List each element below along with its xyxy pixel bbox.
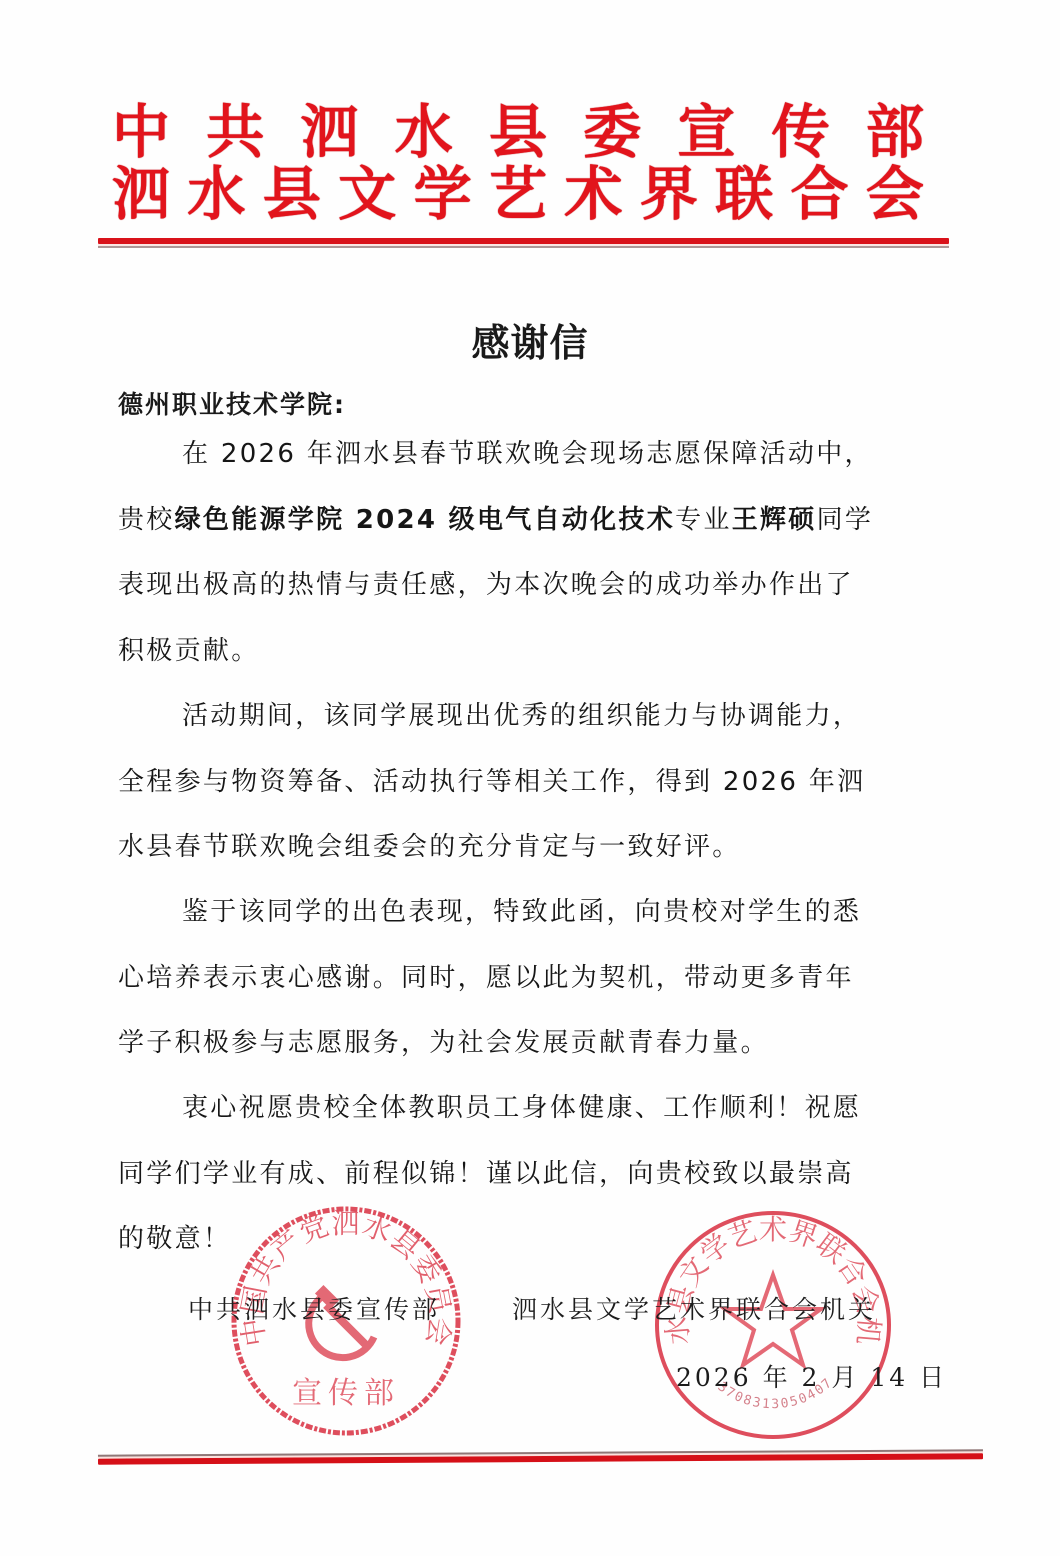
salutation: 德州职业技术学院:: [118, 385, 346, 421]
letterhead-line-1-char: 委: [583, 100, 641, 164]
letterhead-line-2: 泗水县文学艺术界联合会: [112, 162, 924, 226]
text-line: 鉴于该同学的出色表现，特致此函，向贵校对学生的悉: [118, 880, 918, 946]
text-line: 在 2026 年泗水县春节联欢晚会现场志愿保障活动中，: [118, 422, 918, 488]
letterhead-line-1-char: 泗: [300, 100, 358, 164]
text-run: 鉴于该同学的出色表现，特致此函，向贵校对学生的悉: [182, 897, 861, 927]
letterhead-line-2-char: 联: [715, 162, 773, 226]
letterhead-line-1-char: 县: [489, 100, 547, 164]
letterhead-line-2-char: 文: [338, 162, 396, 226]
letterhead-line-2-char: 会: [866, 162, 924, 226]
text-run: 衷心祝愿贵校全体教职员工身体健康、工作顺利！祝愿: [182, 1093, 861, 1123]
letterhead-line-2-char: 水: [187, 162, 245, 226]
text-run: 的敬意！: [118, 1224, 231, 1254]
text-line: 表现出极高的热情与责任感，为本次晚会的成功举办作出了: [118, 553, 918, 619]
signature-propaganda-dept: 中共泗水县委宣传部: [188, 1290, 440, 1326]
text-run: 同学: [817, 505, 874, 535]
text-run: 同学们学业有成、前程似锦！谨以此信，向贵校致以最崇高: [118, 1159, 854, 1189]
text-line: 同学们学业有成、前程似锦！谨以此信，向贵校致以最崇高: [118, 1142, 918, 1208]
letterhead-line-2-char: 泗: [112, 162, 170, 226]
letterhead-line-2-char: 术: [564, 162, 622, 226]
footer-divider: [98, 1449, 983, 1464]
letterhead-line-1: 中共泗水县委宣传部: [112, 100, 924, 164]
emphasized-text: 王辉硕: [732, 505, 817, 535]
letter-page: 中共泗水县委宣传部 泗水县文学艺术界联合会 感谢信 德州职业技术学院: 在 20…: [0, 0, 1060, 1556]
text-run: 在 2026 年泗水县春节联欢晚会现场志愿保障活动中，: [182, 439, 873, 469]
text-line: 学子积极参与志愿服务，为社会发展贡献青春力量。: [118, 1011, 918, 1077]
text-run: 表现出极高的热情与责任感，为本次晚会的成功举办作出了: [118, 570, 854, 600]
text-run: 学子积极参与志愿服务，为社会发展贡献青春力量。: [118, 1028, 769, 1058]
text-run: 专业: [675, 505, 732, 535]
text-run: 积极贡献。: [118, 636, 260, 666]
text-run: 活动期间，该同学展现出优秀的组织能力与协调能力，: [182, 701, 861, 731]
letterhead-line-1-char: 传: [772, 100, 830, 164]
text-run: 心培养表示衷心感谢。同时，愿以此为契机，带动更多青年: [118, 963, 854, 993]
text-run: 贵校: [118, 505, 175, 535]
letter-date: 2026 年 2 月 14 日: [676, 1358, 947, 1394]
text-line: 心培养表示衷心感谢。同时，愿以此为契机，带动更多青年: [118, 946, 918, 1012]
letterhead-line-2-char: 界: [640, 162, 698, 226]
text-line: 全程参与物资筹备、活动执行等相关工作，得到 2026 年泗: [118, 750, 918, 816]
svg-text:宣传部: 宣传部: [292, 1376, 400, 1411]
emphasized-text: 绿色能源学院 2024 级电气自动化技术: [175, 505, 675, 535]
letterhead-divider: [98, 238, 949, 248]
paragraph-1: 在 2026 年泗水县春节联欢晚会现场志愿保障活动中，贵校绿色能源学院 2024…: [118, 422, 918, 684]
letterhead-line-1-char: 水: [395, 100, 453, 164]
text-line: 积极贡献。: [118, 619, 918, 685]
letterhead-line-1-char: 部: [866, 100, 924, 164]
letterhead-line-2-char: 学: [414, 162, 472, 226]
paragraph-3: 鉴于该同学的出色表现，特致此函，向贵校对学生的悉心培养表示衷心感谢。同时，愿以此…: [118, 880, 918, 1077]
letterhead-line-2-char: 艺: [489, 162, 547, 226]
text-run: 全程参与物资筹备、活动执行等相关工作，得到 2026 年泗: [118, 767, 865, 797]
text-line: 贵校绿色能源学院 2024 级电气自动化技术专业王辉硕同学: [118, 488, 918, 554]
letterhead-line-1-char: 共: [206, 100, 264, 164]
letter-title: 感谢信: [0, 312, 1060, 367]
letterhead-line-1-char: 中: [112, 100, 170, 164]
text-line: 水县春节联欢晚会组委会的充分肯定与一致好评。: [118, 815, 918, 881]
letterhead-line-2-char: 县: [263, 162, 321, 226]
paragraph-2: 活动期间，该同学展现出优秀的组织能力与协调能力，全程参与物资筹备、活动执行等相关…: [118, 684, 918, 881]
text-run: 水县春节联欢晚会组委会的充分肯定与一致好评。: [118, 832, 741, 862]
signature-literary-federation: 泗水县文学艺术界联合会机关: [512, 1290, 876, 1326]
text-line: 衷心祝愿贵校全体教职员工身体健康、工作顺利！祝愿: [118, 1076, 918, 1142]
letterhead-line-1-char: 宣: [677, 100, 735, 164]
letterhead-line-2-char: 合: [791, 162, 849, 226]
text-line: 活动期间，该同学展现出优秀的组织能力与协调能力，: [118, 684, 918, 750]
